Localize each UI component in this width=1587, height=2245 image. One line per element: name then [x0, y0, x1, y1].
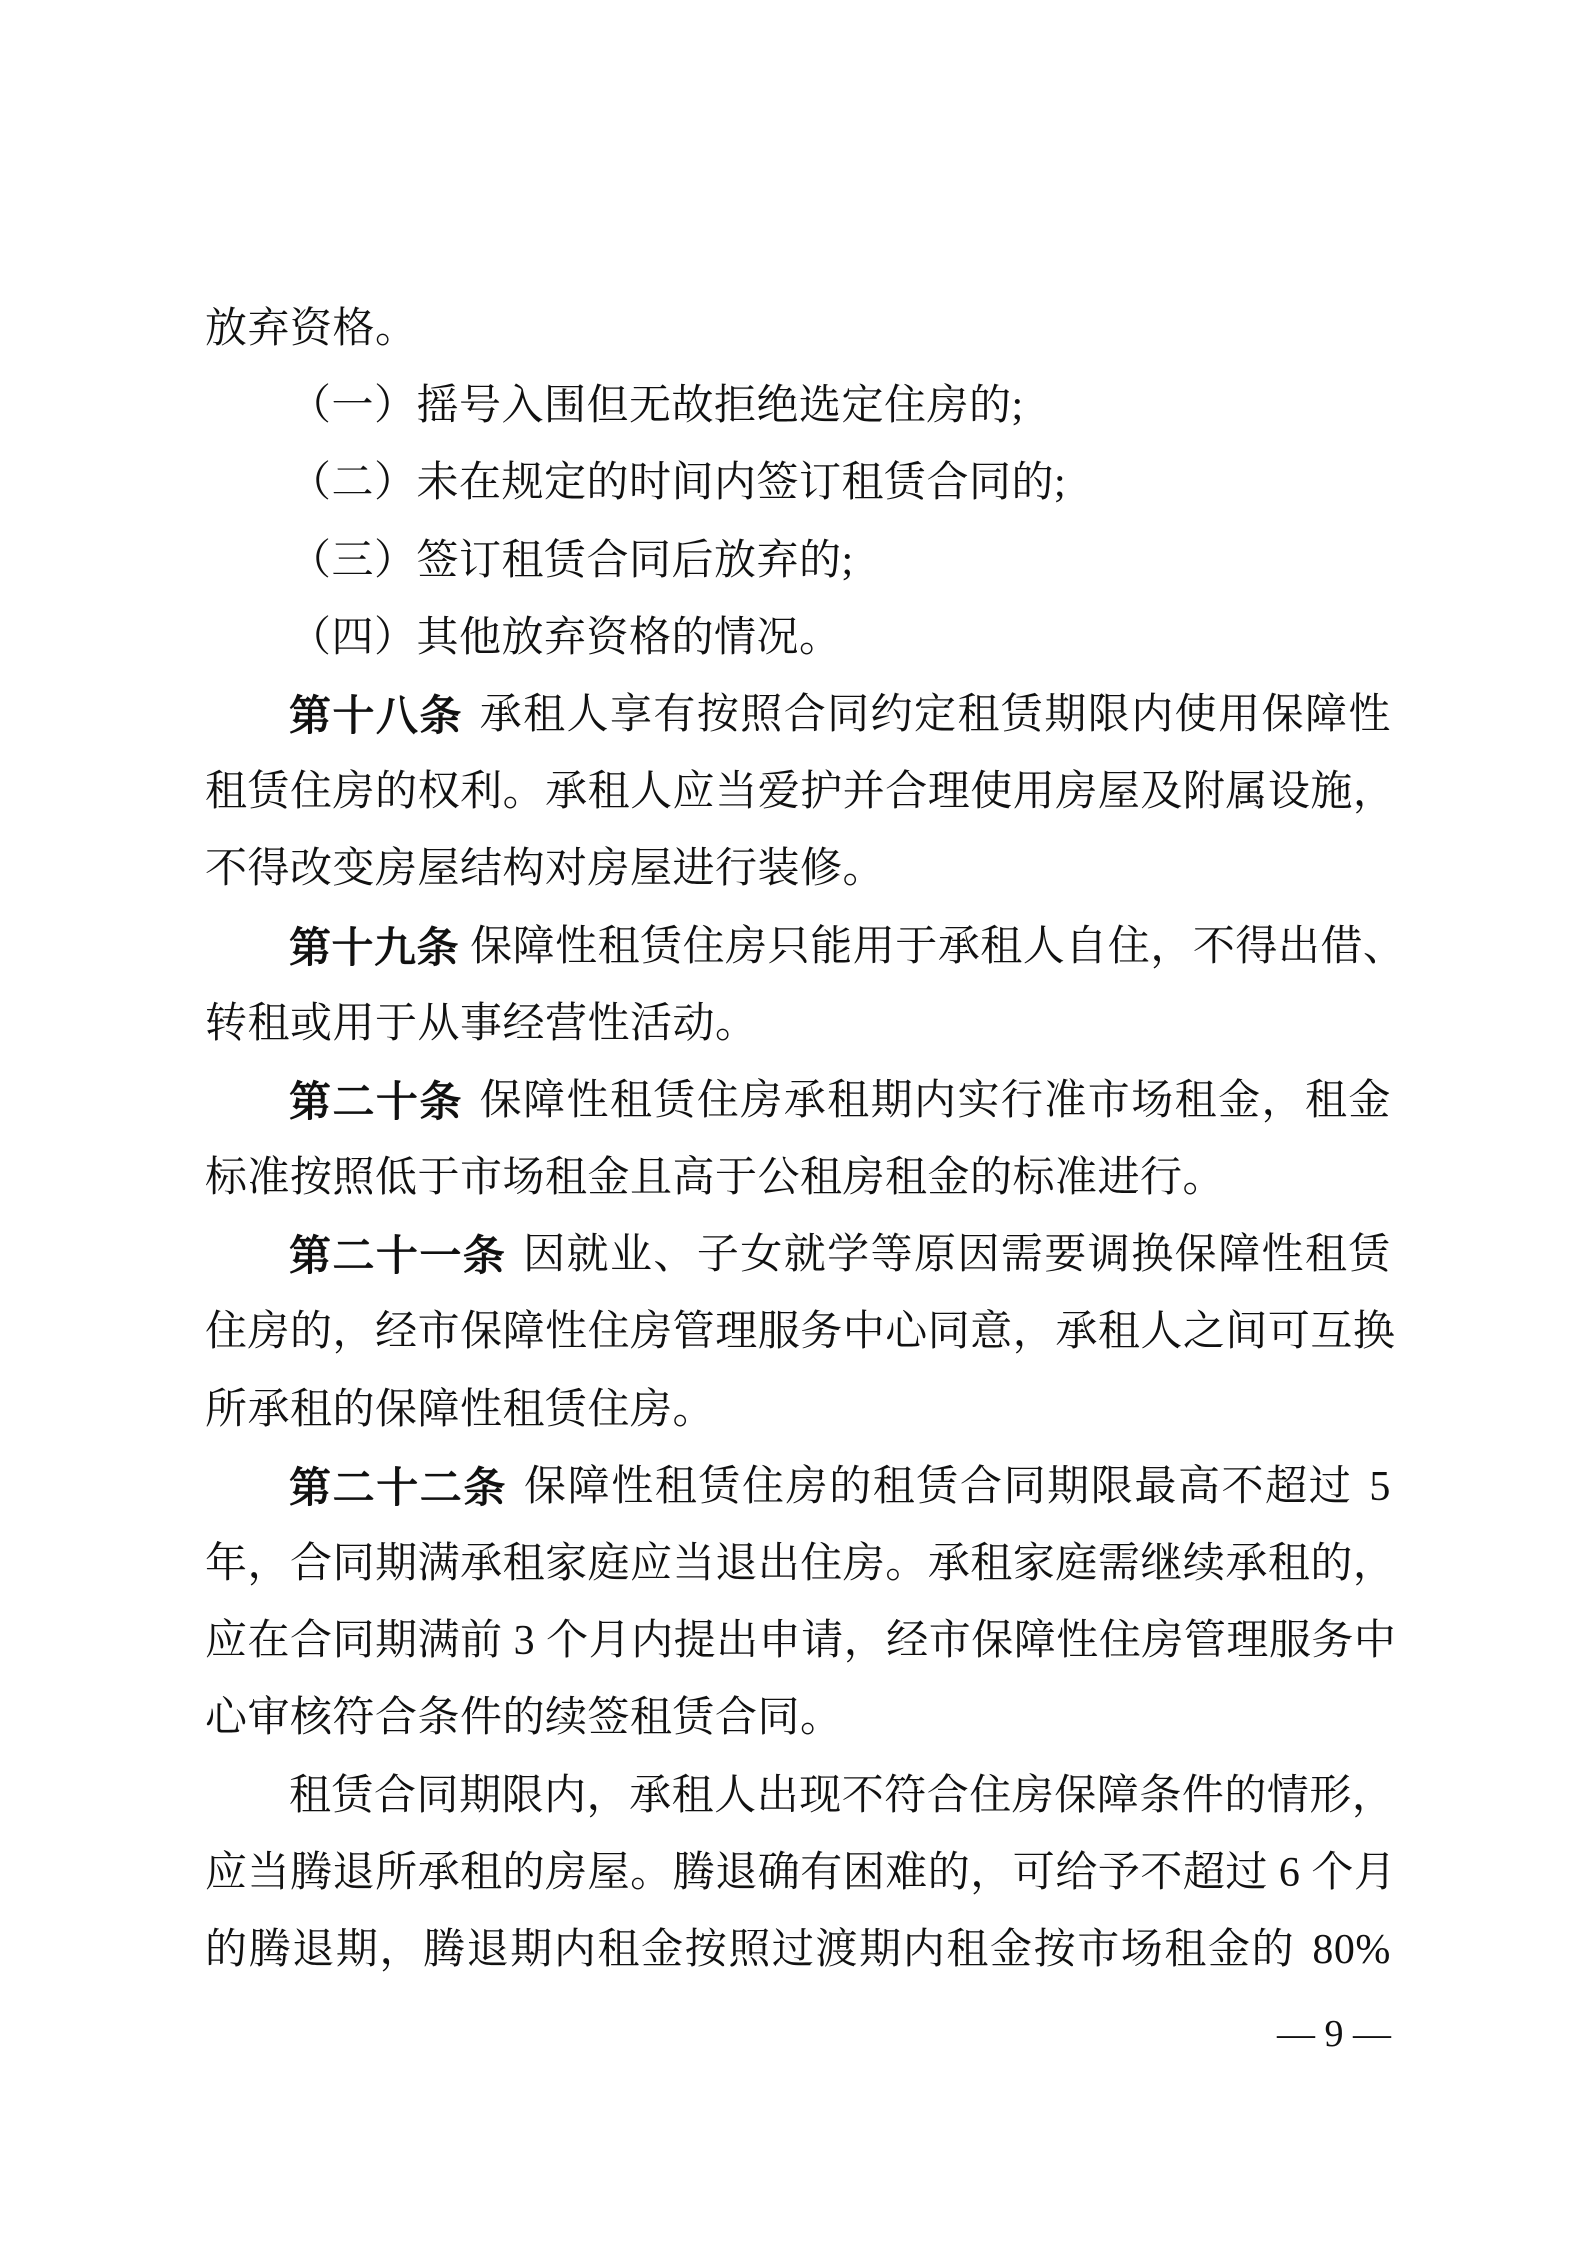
- text-line: 应当腾退所承租的房屋。腾退确有困难的，可给予不超过 6 个月: [205, 1835, 1391, 1912]
- text-line: 第十九条 保障性租赁住房只能用于承租人自住，不得出借、: [205, 909, 1391, 986]
- text-line: （一）摇号入围但无故拒绝选定住房的;: [205, 368, 1391, 445]
- text-line: 租赁合同期限内，承租人出现不符合住房保障条件的情形，: [205, 1758, 1391, 1835]
- text-line: 所承租的保障性租赁住房。: [205, 1372, 1391, 1449]
- text-line: 心审核符合条件的续签租赁合同。: [205, 1680, 1391, 1757]
- document-body: 放弃资格。（一）摇号入围但无故拒绝选定住房的;（二）未在规定的时间内签订租赁合同…: [205, 291, 1391, 1989]
- text-line: 转租或用于从事经营性活动。: [205, 986, 1391, 1063]
- text-line: 第二十条 保障性租赁住房承租期内实行准市场租金，租金: [205, 1063, 1391, 1140]
- text-line: 标准按照低于市场租金且高于公租房租金的标准进行。: [205, 1140, 1391, 1217]
- text-line: 第十八条 承租人享有按照合同约定租赁期限内使用保障性: [205, 677, 1391, 754]
- text-line: 的腾退期，腾退期内租金按照过渡期内租金按市场租金的 80%: [205, 1912, 1391, 1989]
- text-line: （四）其他放弃资格的情况。: [205, 600, 1391, 677]
- text-line: 不得改变房屋结构对房屋进行装修。: [205, 831, 1391, 908]
- document-page: 放弃资格。（一）摇号入围但无故拒绝选定住房的;（二）未在规定的时间内签订租赁合同…: [0, 0, 1587, 2245]
- text-line: 租赁住房的权利。承租人应当爱护并合理使用房屋及附属设施，: [205, 754, 1391, 831]
- text-line: 放弃资格。: [205, 291, 1391, 368]
- text-line: 住房的，经市保障性住房管理服务中心同意，承租人之间可互换: [205, 1294, 1391, 1371]
- text-line: （三）签订租赁合同后放弃的;: [205, 523, 1391, 600]
- text-line: 应在合同期满前 3 个月内提出申请，经市保障性住房管理服务中: [205, 1603, 1391, 1680]
- text-line: （二）未在规定的时间内签订租赁合同的;: [205, 445, 1391, 522]
- text-line: 第二十二条 保障性租赁住房的租赁合同期限最高不超过 5: [205, 1449, 1391, 1526]
- text-line: 年，合同期满承租家庭应当退出住房。承租家庭需继续承租的，: [205, 1526, 1391, 1603]
- text-line: 第二十一条 因就业、子女就学等原因需要调换保障性租赁: [205, 1217, 1391, 1294]
- page-number: — 9 —: [1277, 2004, 1391, 2064]
